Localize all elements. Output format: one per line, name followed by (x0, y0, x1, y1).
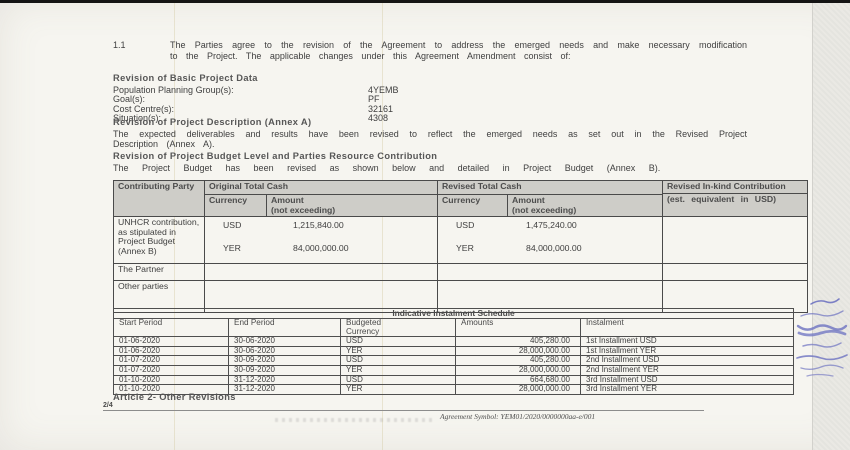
clause-text: The Parties agree to the revision of the… (170, 40, 747, 61)
cash-line: YER 84,000,000.00 (442, 244, 658, 254)
header-amounts: Amounts (456, 319, 581, 337)
instalment-row: 01-07-2020 30-09-2020 YER 28,000,000.00 … (114, 365, 794, 375)
header-revised-total-cash: Revised Total Cash (438, 181, 663, 195)
cell-amount: 28,000,000.00 (456, 385, 581, 395)
scanned-document-page: 1.1 The Parties agree to the revision of… (0, 0, 850, 450)
cell-start-period: 01-07-2020 (114, 365, 229, 375)
page-number: 2/4 (103, 402, 113, 409)
cell-amount: 84,000,000.00 (293, 244, 433, 254)
cell-currency: USD (442, 221, 526, 231)
header-end-period: End Period (229, 319, 341, 337)
header-inkind-title: Revised In-kind Contribution (663, 181, 807, 193)
cell-instalment: 3rd Installment YER (581, 385, 794, 395)
cell-currency: YER (209, 244, 293, 254)
cell-amount: 405,280.00 (456, 337, 581, 347)
field-label: Population Planning Group(s): (113, 86, 368, 95)
header-inkind-subtitle: (est. equivalent in USD) (663, 193, 807, 206)
cell-amount: 1,215,840.00 (293, 221, 433, 231)
cell-amount: 1,475,240.00 (526, 221, 658, 231)
heading-basic-project-data: Revision of Basic Project Data (113, 73, 258, 83)
empty-cell (663, 264, 808, 281)
cell-end-period: 30-06-2020 (229, 337, 341, 347)
contribution-table-group-header: Contributing Party Original Total Cash R… (114, 181, 808, 195)
header-currency: Currency (205, 195, 267, 217)
footer-divider (103, 410, 704, 411)
cell-end-period: 30-09-2020 (229, 365, 341, 375)
header-budgeted-currency: Budgeted Currency (341, 319, 456, 337)
cell-instalment: 2nd Installment YER (581, 365, 794, 375)
instalment-schedule-table: Indicative Instalment Schedule Start Per… (113, 308, 794, 395)
instalment-row: 01-06-2020 30-06-2020 USD 405,280.00 1st… (114, 337, 794, 347)
header-start-period: Start Period (114, 319, 229, 337)
cell-party: The Partner (114, 264, 205, 281)
header-amount: Amount (not exceeding) (508, 195, 663, 217)
cell-revised-cash: USD 1,475,240.00 YER 84,000,000.00 (438, 217, 663, 264)
cell-instalment: 1st Installment USD (581, 337, 794, 347)
header-revised-inkind: Revised In-kind Contribution (est. equiv… (663, 181, 808, 217)
header-instalment: Instalment (581, 319, 794, 337)
cell-amount: 28,000,000.00 (456, 365, 581, 375)
agreement-symbol: Agreement Symbol: YEM01/2020/0000000aa-e… (440, 412, 595, 421)
field-population-planning-group: Population Planning Group(s): 4YEMB (113, 86, 399, 95)
empty-cell (205, 264, 438, 281)
heading-article-2: Article 2- Other Revisions (113, 392, 236, 402)
cash-line: USD 1,475,240.00 (442, 221, 658, 231)
instalment-table-title-row: Indicative Instalment Schedule (114, 309, 794, 319)
header-currency: Currency (438, 195, 508, 217)
project-description-text: The expected deliverables and results ha… (113, 129, 747, 149)
handwritten-note-annotation (793, 296, 850, 382)
empty-cell (438, 264, 663, 281)
instalment-table-title: Indicative Instalment Schedule (114, 309, 794, 319)
header-contributing-party: Contributing Party (114, 181, 205, 217)
cash-line: YER 84,000,000.00 (209, 244, 433, 254)
cell-original-cash: USD 1,215,840.00 YER 84,000,000.00 (205, 217, 438, 264)
cell-currency: USD (209, 221, 293, 231)
cell-amount: 84,000,000.00 (526, 244, 658, 254)
header-budgeted-currency-label: Budgeted Currency (346, 319, 402, 336)
header-amount: Amount (not exceeding) (267, 195, 438, 217)
cell-budgeted-currency: USD (341, 337, 456, 347)
heading-project-description: Revision of Project Description (Annex A… (113, 117, 311, 127)
header-original-total-cash: Original Total Cash (205, 181, 438, 195)
cell-budgeted-currency: YER (341, 365, 456, 375)
bleed-through-artifact (275, 418, 435, 422)
instalment-row: 01-06-2020 30-06-2020 YER 28,000,000.00 … (114, 346, 794, 356)
clause-number: 1.1 (113, 40, 126, 50)
instalment-row: 01-07-2020 30-09-2020 USD 405,280.00 2nd… (114, 356, 794, 366)
heading-budget-level: Revision of Project Budget Level and Par… (113, 151, 437, 161)
cell-inkind-empty (663, 217, 808, 264)
budget-level-text: The Project Budget has been revised as s… (113, 163, 733, 173)
cell-budgeted-currency: YER (341, 385, 456, 395)
clause-1-1: 1.1 The Parties agree to the revision of… (113, 40, 747, 61)
field-value: 4308 (368, 114, 388, 123)
header-amount-line2: (not exceeding) (512, 206, 658, 216)
cell-party: UNHCR contribution, as stipulated in Pro… (114, 217, 205, 264)
document-content: 1.1 The Parties agree to the revision of… (0, 0, 850, 450)
instalment-row: 01-10-2020 31-12-2020 USD 664,680.00 3rd… (114, 375, 794, 385)
table-row-unhcr: UNHCR contribution, as stipulated in Pro… (114, 217, 808, 264)
cash-line: USD 1,215,840.00 (209, 221, 433, 231)
cell-end-period: 31-12-2020 (229, 385, 341, 395)
contribution-table: Contributing Party Original Total Cash R… (113, 180, 808, 313)
header-amount-line2: (not exceeding) (271, 206, 433, 216)
instalment-table-header-row: Start Period End Period Budgeted Currenc… (114, 319, 794, 337)
cell-currency: YER (442, 244, 526, 254)
table-row-partner: The Partner (114, 264, 808, 281)
cell-start-period: 01-06-2020 (114, 337, 229, 347)
